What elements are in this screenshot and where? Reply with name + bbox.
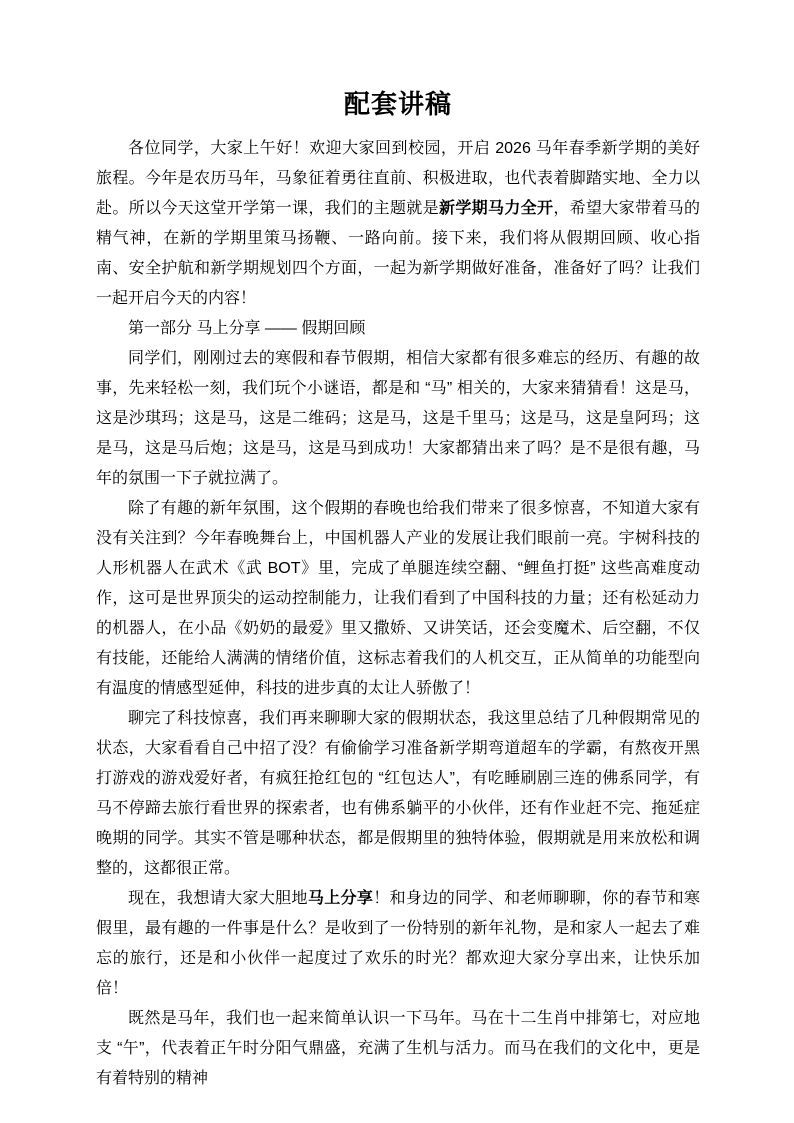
section-heading-part1: 第一部分 马上分享 —— 假期回顾 bbox=[96, 314, 700, 344]
theme-highlight-bold: 新学期马力全开 bbox=[439, 200, 553, 217]
paragraph-opening: 各位同学，大家上午好！欢迎大家回到校园，开启 2026 马年春季新学期的美好旅程… bbox=[96, 134, 700, 314]
paragraph-share-invite-text: 现在，我想请大家大胆地 bbox=[128, 890, 308, 907]
paragraph-share-invite: 现在，我想请大家大胆地马上分享！和身边的同学、和老师聊聊，你的春节和寒假里，最有… bbox=[96, 884, 700, 1004]
paragraph-gala-tech: 除了有趣的新年氛围，这个假期的春晚也给我们带来了很多惊喜，不知道大家有没有关注到… bbox=[96, 494, 700, 704]
paragraph-holiday-states: 聊完了科技惊喜，我们再来聊聊大家的假期状态，我这里总结了几种假期常见的状态，大家… bbox=[96, 704, 700, 884]
document-page: 配套讲稿 各位同学，大家上午好！欢迎大家回到校园，开启 2026 马年春季新学期… bbox=[0, 0, 794, 1123]
paragraph-riddles: 同学们，刚刚过去的寒假和春节假期，相信大家都有很多难忘的经历、有趣的故事，先来轻… bbox=[96, 344, 700, 494]
paragraph-horse-year-intro: 既然是马年，我们也一起来简单认识一下马年。马在十二生肖中排第七，对应地支 “午”… bbox=[96, 1004, 700, 1094]
document-title: 配套讲稿 bbox=[96, 86, 700, 122]
share-highlight-bold: 马上分享 bbox=[308, 890, 373, 907]
